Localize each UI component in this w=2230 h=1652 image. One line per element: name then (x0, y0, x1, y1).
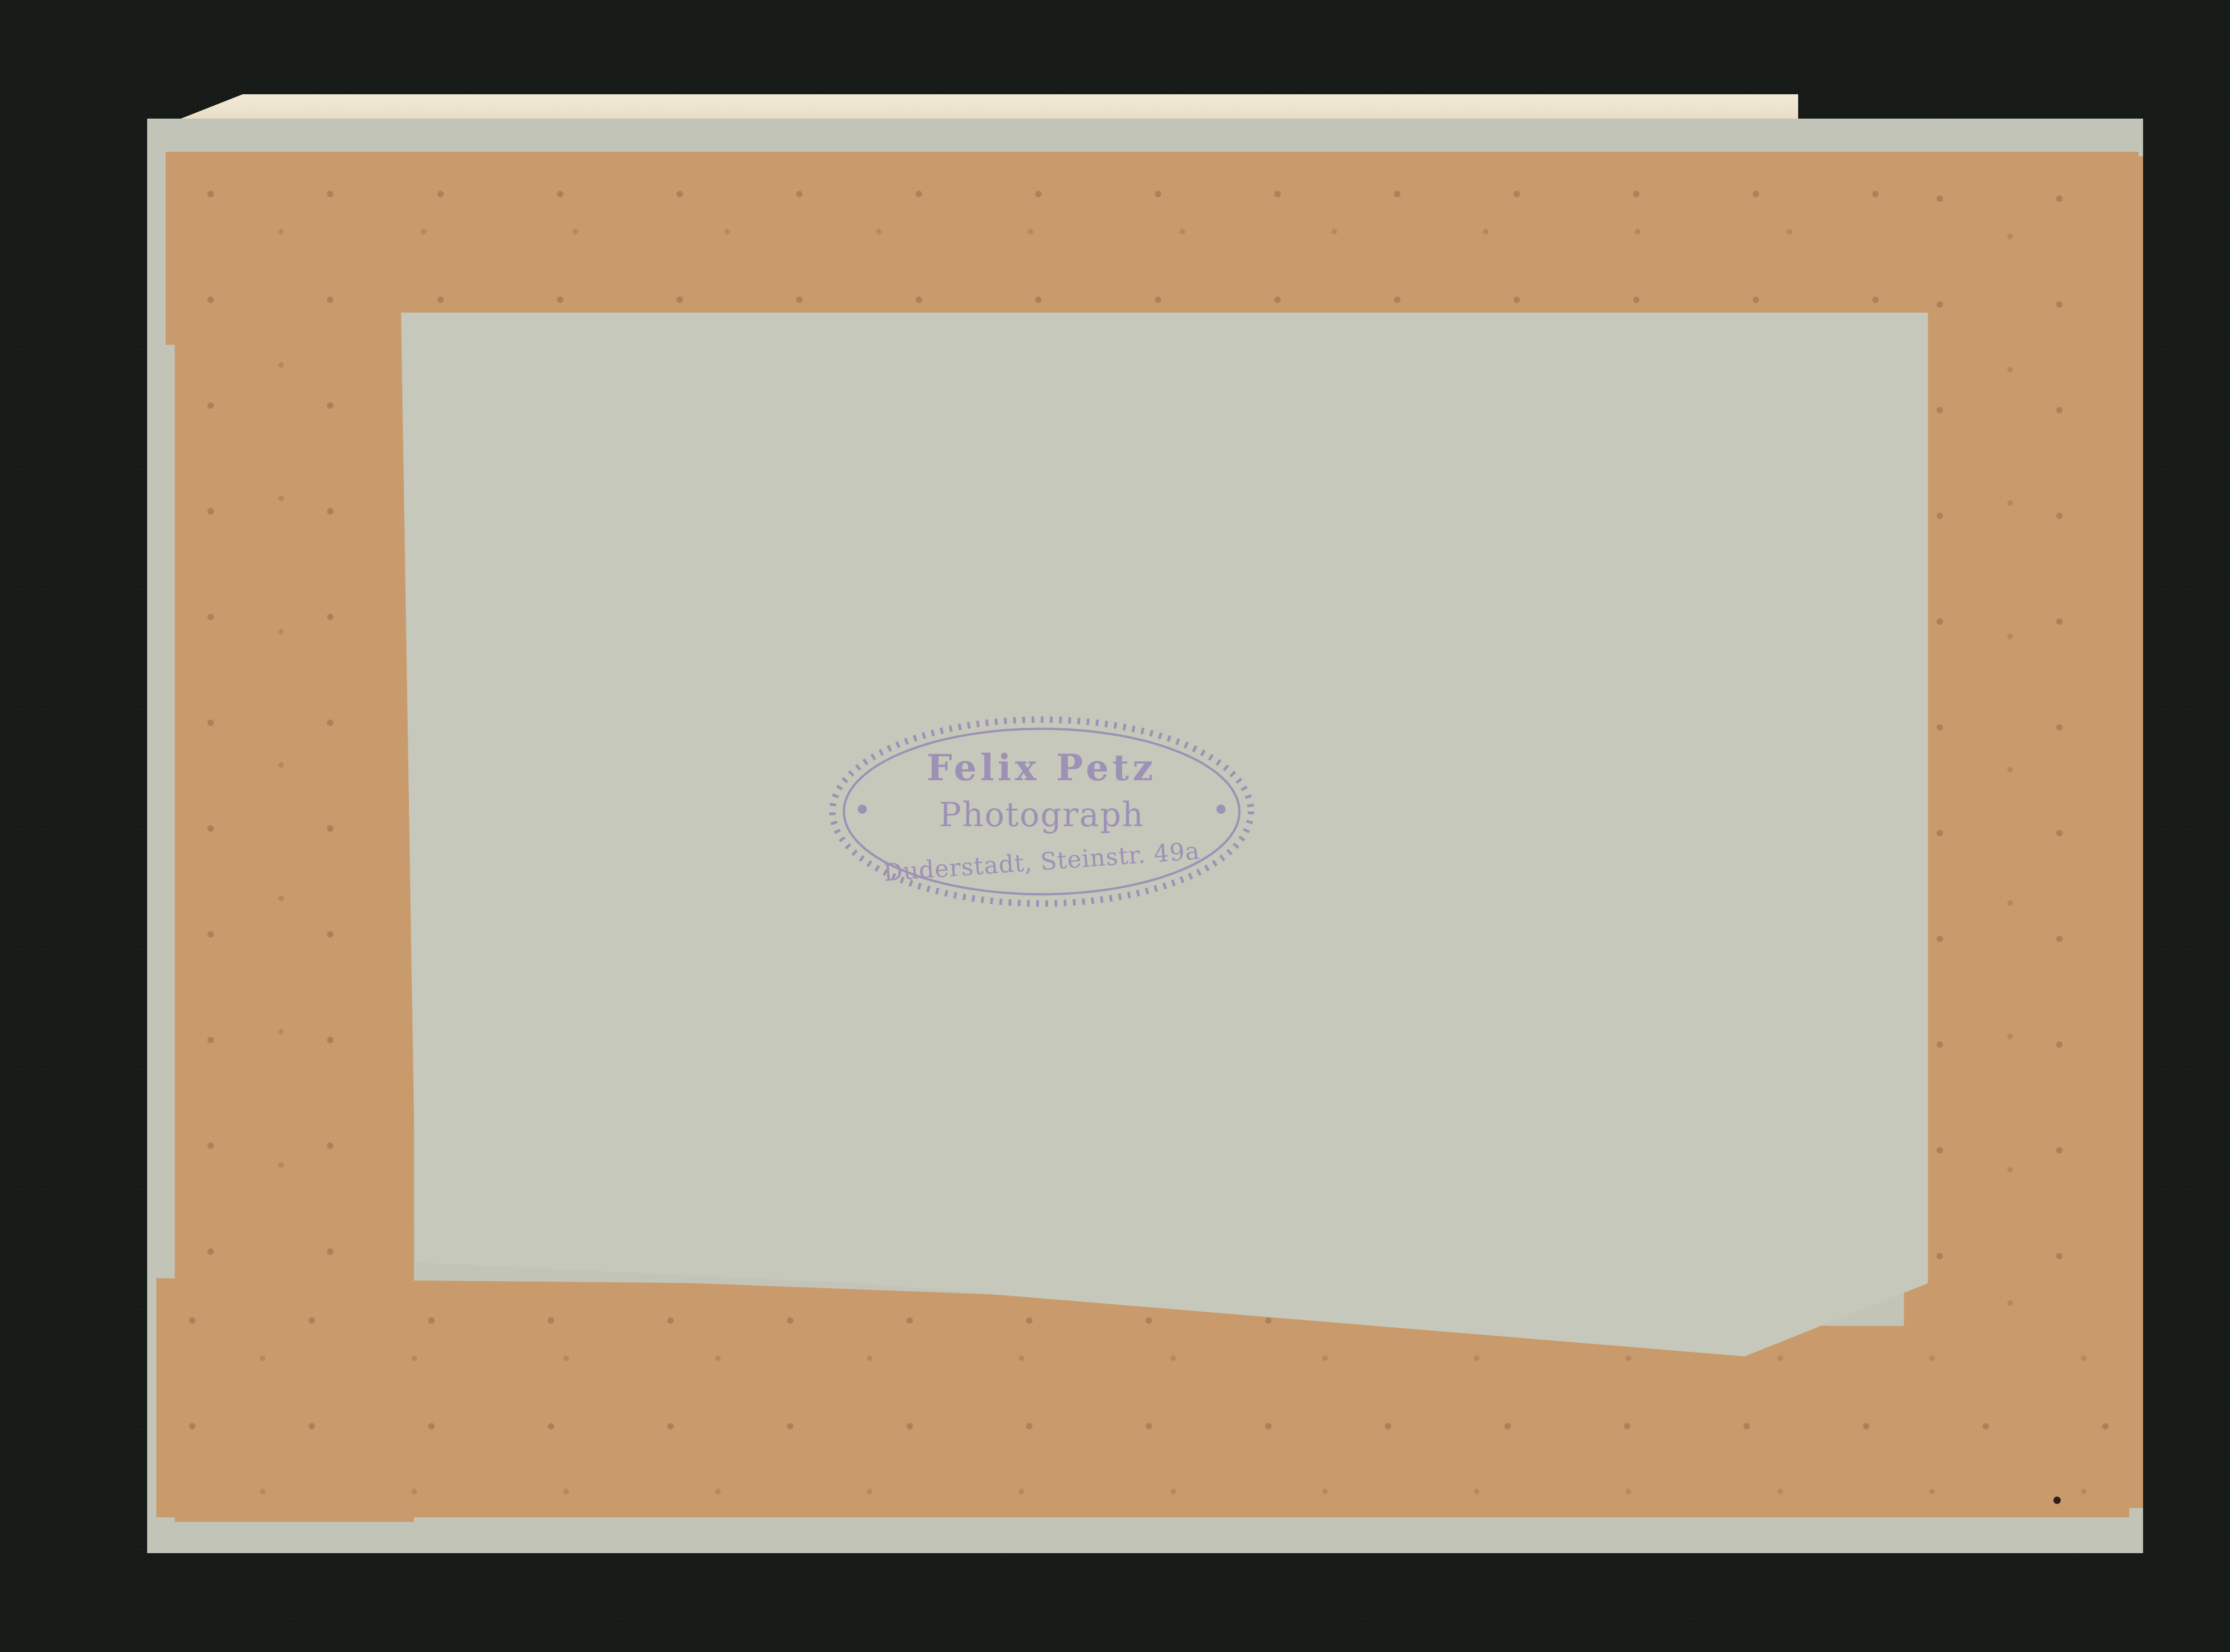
stamp-title: Photograph (828, 795, 1255, 834)
pin-hole (2053, 1497, 2061, 1504)
kraft-tape-right (1904, 156, 2143, 1508)
photographer-stamp: Felix Petz Photograph Duderstadt, Steins… (828, 715, 1255, 908)
stamp-name: Felix Petz (828, 747, 1255, 789)
